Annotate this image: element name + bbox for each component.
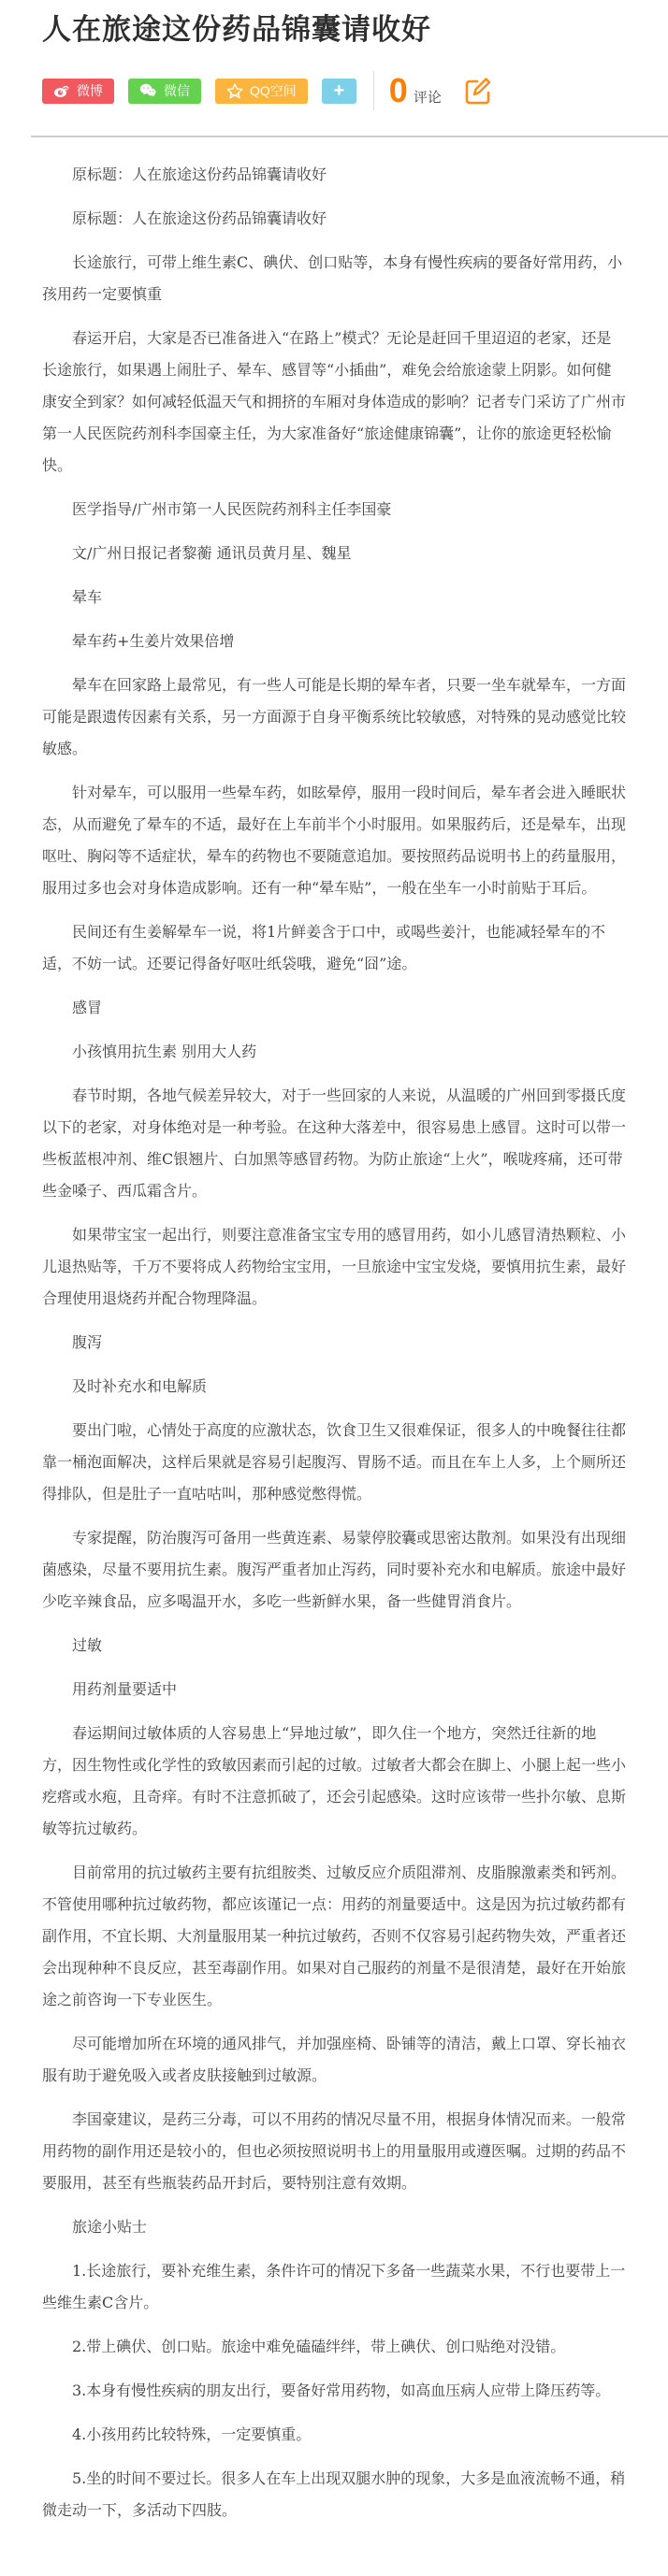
article-paragraph: 文/广州日报记者黎蘅 通讯员黄月星、魏星 <box>42 538 626 569</box>
article-paragraph: 腹泻 <box>42 1327 626 1359</box>
article-paragraph: 医学指导/广州市第一人民医院药剂科主任李国豪 <box>42 494 626 525</box>
article-paragraph: 晕车 <box>42 582 626 613</box>
comment-label[interactable]: 评论 <box>414 87 442 109</box>
qzone-star-icon <box>226 83 243 99</box>
share-bar-divider <box>373 71 374 110</box>
share-wechat-label: 微信 <box>164 81 190 100</box>
wechat-icon <box>139 83 157 98</box>
share-qzone-button[interactable]: QQ空间 <box>215 79 308 104</box>
article-paragraph: 用药剂量要适中 <box>42 1674 626 1705</box>
article-paragraph: 晕车药+生姜片效果倍增 <box>42 626 626 657</box>
edit-pencil-icon <box>462 75 494 107</box>
article-paragraph: 小孩慎用抗生素 别用大人药 <box>42 1036 626 1068</box>
article-paragraph: 专家提醒，防治腹泻可备用一些黄连素、易蒙停胶囊或思密达散剂。如果没有出现细菌感染… <box>42 1522 626 1618</box>
page-title: 人在旅途这份药品锦囊请收好 <box>42 13 626 48</box>
article-paragraph: 2.带上碘伏、创口贴。旅途中难免磕磕绊绊，带上碘伏、创口贴绝对没错。 <box>42 2331 626 2363</box>
article-paragraph: 5.坐的时间不要过长。很多人在车上出现双腿水肿的现象，大多是血液流畅不通，稍微走… <box>42 2463 626 2526</box>
article-body: 原标题：人在旅途这份药品锦囊请收好原标题：人在旅途这份药品锦囊请收好长途旅行，可… <box>0 137 668 2576</box>
article-paragraph: 要出门啦，心情处于高度的应激状态，饮食卫生又很难保证，很多人的中晚餐往往都靠一桶… <box>42 1415 626 1510</box>
article-paragraph: 如果带宝宝一起出行，则要注意准备宝宝专用的感冒用药，如小儿感冒清热颗粒、小儿退热… <box>42 1219 626 1315</box>
plus-icon: + <box>333 80 344 102</box>
share-wechat-button[interactable]: 微信 <box>128 79 201 104</box>
article-paragraph: 尽可能增加所在环境的通风排气，并加强座椅、卧铺等的清洁，戴上口罩、穿长袖衣服有助… <box>42 2028 626 2092</box>
share-bar: 微博 微信 QQ空间 + 0 评论 <box>42 72 626 109</box>
article-paragraph: 感冒 <box>42 992 626 1024</box>
article-paragraph: 1.长途旅行，要补充维生素，条件许可的情况下多备一些蔬菜水果，不行也要带上一些维… <box>42 2255 626 2319</box>
article-paragraph: 4.小孩用药比较特殊，一定要慎重。 <box>42 2419 626 2451</box>
edit-comment-button[interactable] <box>462 75 494 107</box>
comment-count: 0 <box>389 74 408 108</box>
article-paragraph: 3.本身有慢性疾病的朋友出行，要备好常用药物，如高血压病人应带上降压药等。 <box>42 2375 626 2407</box>
article-paragraph: 春运开启，大家是否已准备进入“在路上”模式？无论是赶回千里迢迢的老家，还是长途旅… <box>42 323 626 482</box>
article-paragraph: 长途旅行，可带上维生素C、碘伏、创口贴等，本身有慢性疾病的要备好常用药，小孩用药… <box>42 247 626 310</box>
article-paragraph: 针对晕车，可以服用一些晕车药，如眩晕停，服用一段时间后，晕车者会进入睡眠状态，从… <box>42 777 626 904</box>
share-weibo-label: 微博 <box>77 81 103 100</box>
article-paragraph: 民间还有生姜解晕车一说，将1片鲜姜含于口中，或喝些姜汁，也能减轻晕车的不适，不妨… <box>42 916 626 980</box>
article-paragraph: 原标题：人在旅途这份药品锦囊请收好 <box>42 203 626 235</box>
article-paragraph: 过敏 <box>42 1630 626 1662</box>
share-qzone-label: QQ空间 <box>250 81 297 100</box>
share-weibo-button[interactable]: 微博 <box>42 79 114 104</box>
weibo-icon <box>53 83 70 98</box>
article-paragraph: 春运期间过敏体质的人容易患上“异地过敏”，即久住一个地方，突然迁往新的地方，因生… <box>42 1718 626 1845</box>
article-paragraph: 晕车在回家路上最常见，有一些人可能是长期的晕车者，只要一坐车就晕车，一方面可能是… <box>42 669 626 765</box>
article-paragraph: 春节时期，各地气候差异较大，对于一些回家的人来说，从温暖的广州回到零摄氏度以下的… <box>42 1080 626 1207</box>
share-more-button[interactable]: + <box>322 79 356 104</box>
article-paragraph: 旅途小贴士 <box>42 2211 626 2243</box>
article-paragraph: 目前常用的抗过敏药主要有抗组胺类、过敏反应介质阻滞剂、皮脂腺激素类和钙剂。不管使… <box>42 1857 626 2016</box>
article-paragraph: 李国豪建议，是药三分毒，可以不用药的情况尽量不用，根据身体情况而来。一般常用药物… <box>42 2104 626 2199</box>
article-paragraph: 原标题：人在旅途这份药品锦囊请收好 <box>42 159 626 191</box>
article-paragraph: 及时补充水和电解质 <box>42 1371 626 1403</box>
